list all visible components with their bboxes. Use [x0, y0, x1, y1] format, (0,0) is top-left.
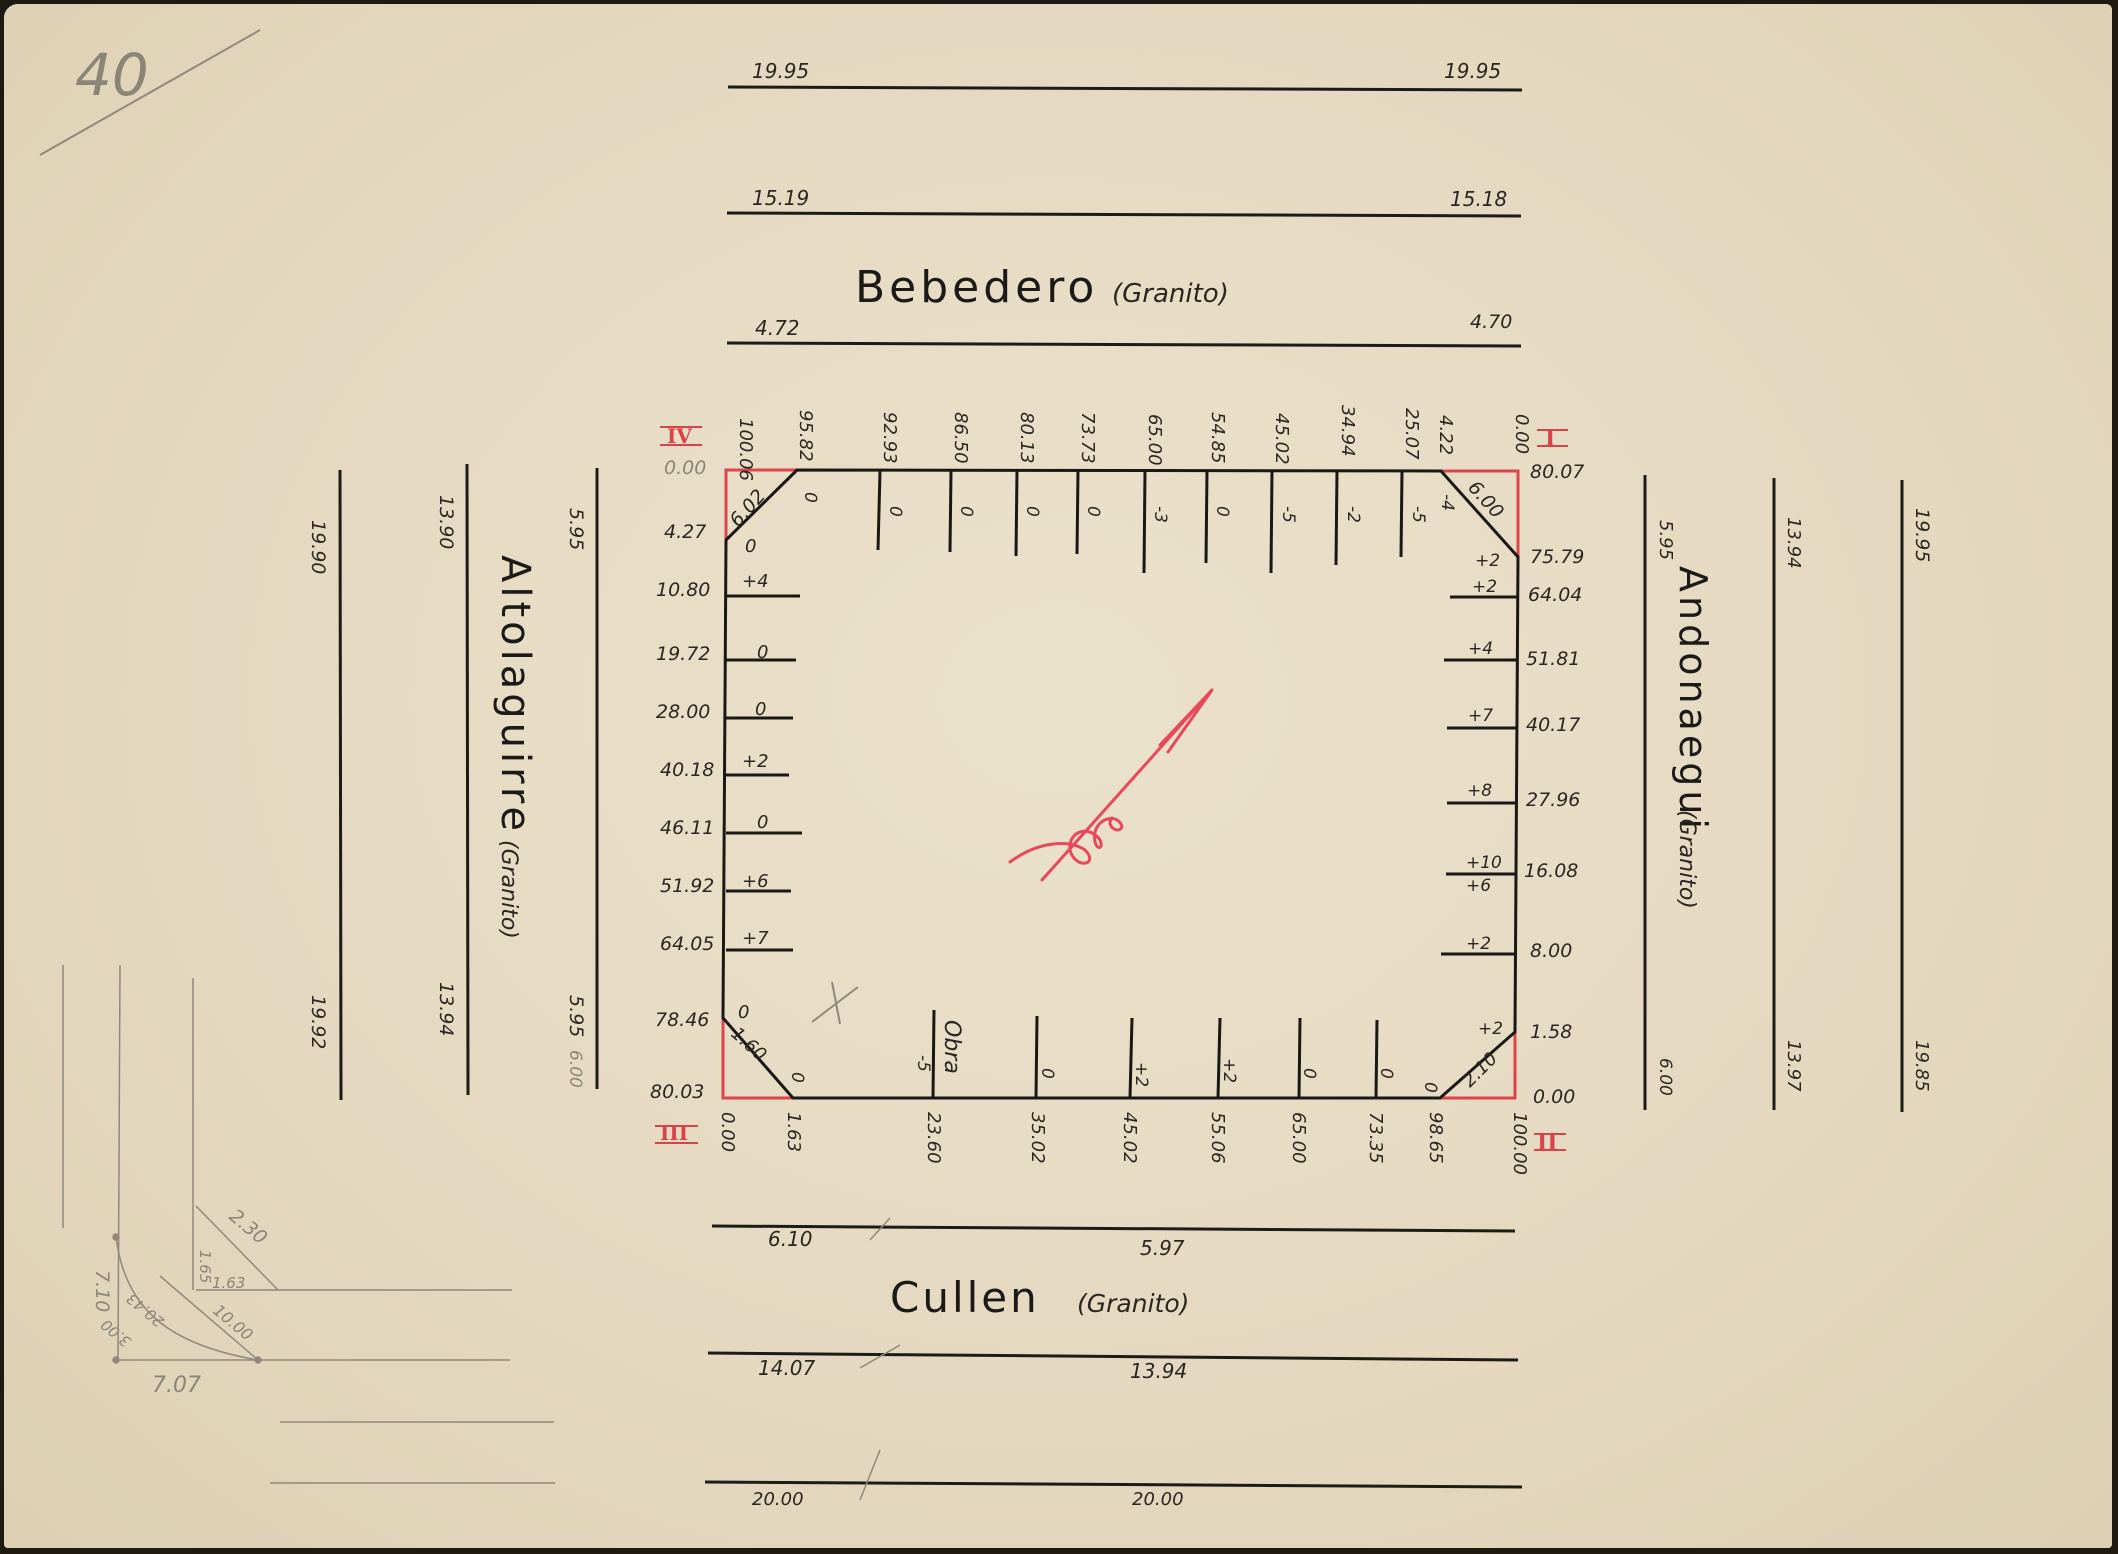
level: 0	[1022, 506, 1042, 517]
street-left: 19.90 19.92 13.90 13.94 5.95 5.95 6.00 A…	[307, 464, 597, 1100]
street-line	[708, 1353, 1518, 1360]
level: +8	[1467, 781, 1492, 801]
bottom-levels: 0 -5 0 +2 +2 0 0 0 Obra	[787, 1020, 1440, 1093]
left-stations: 0.00 4.27 10.80 19.72 28.00 40.18 46.11 …	[650, 457, 714, 1103]
level: +2	[1475, 551, 1500, 571]
level: 0	[885, 506, 905, 517]
chamfer-iv: 6.02	[725, 485, 770, 531]
bottom-ticks	[933, 1010, 1377, 1098]
street-material: (Granito)	[496, 840, 521, 939]
level-label: 14.07	[758, 1356, 816, 1380]
station: 19.72	[656, 643, 710, 665]
level-label: 13.94	[435, 982, 457, 1036]
level-label: 5.95	[565, 508, 587, 550]
sketch-value: 3.00	[97, 1315, 134, 1350]
level: 0	[1037, 1068, 1057, 1079]
street-line	[705, 1482, 1522, 1487]
station: 95.82	[795, 410, 816, 462]
station: 73.35	[1365, 1112, 1386, 1164]
level: +10	[1466, 853, 1502, 873]
station: 45.02	[1271, 413, 1292, 465]
level: +2	[1466, 934, 1491, 954]
level: 0	[1376, 1068, 1396, 1079]
station: 1.58	[1530, 1021, 1572, 1043]
street-right: 5.95 6.00 13.94 13.97 19.95 19.85 Andona…	[1645, 475, 1933, 1112]
station: 100.00	[1509, 1112, 1530, 1175]
level: 0	[1212, 506, 1232, 517]
level: 0	[755, 699, 766, 720]
station: 16.08	[1524, 860, 1578, 882]
street-line	[728, 87, 1522, 90]
top-ticks	[878, 471, 1402, 573]
pencil-tick	[870, 1218, 890, 1240]
station: 25.07	[1401, 408, 1422, 460]
station: 8.00	[1530, 940, 1572, 962]
level: +4	[742, 571, 769, 592]
sketch-value: 20.43	[123, 1289, 167, 1330]
level: +2	[742, 751, 769, 772]
station: 73.73	[1077, 412, 1098, 464]
street-name: Cullen	[890, 1273, 1040, 1322]
level: +6	[1466, 876, 1491, 896]
level: -5	[1408, 506, 1428, 523]
station: 27.96	[1526, 789, 1580, 811]
signature	[1010, 690, 1212, 880]
level-label: 19.95	[752, 59, 809, 83]
station: 78.46	[655, 1009, 709, 1031]
level: +7	[742, 928, 769, 949]
corner-label-iii: III	[660, 1121, 688, 1145]
station: 86.50	[950, 412, 971, 464]
station: 45.02	[1119, 1112, 1140, 1164]
station: 65.00	[1288, 1112, 1309, 1164]
level: +2	[1131, 1062, 1151, 1087]
street-line	[727, 343, 1521, 346]
station: 4.22	[1435, 415, 1456, 455]
station: 0.00	[664, 457, 706, 479]
street-name: Altolaguirre	[492, 555, 538, 835]
station: 92.93	[879, 412, 900, 464]
station: 28.00	[656, 701, 710, 723]
level-label: 13.94	[1130, 1359, 1187, 1383]
level: -5	[1278, 506, 1298, 523]
station: 98.65	[1425, 1112, 1446, 1164]
level: -5	[913, 1055, 933, 1072]
level: +6	[742, 871, 769, 892]
station: 0.00	[1511, 414, 1532, 454]
pencil-tick	[860, 1450, 880, 1500]
level-label: 6.10	[768, 1227, 813, 1251]
level-label: 13.94	[1783, 517, 1804, 569]
station: 51.92	[660, 875, 714, 897]
station: 55.06	[1207, 1112, 1228, 1164]
block-outline	[723, 470, 1518, 1098]
station: 64.05	[660, 933, 714, 955]
street-line	[340, 470, 341, 1100]
bottom-stations: 0.00 1.63 23.60 35.02 45.02 55.06 65.00 …	[717, 1112, 1530, 1175]
right-levels: +2 +2 +4 +7 +8 +10 +6 +2 +2	[1466, 551, 1503, 1039]
level-label: 6.00	[1655, 1058, 1675, 1096]
level-label: 19.92	[307, 995, 329, 1049]
street-top: 19.95 19.95 15.19 15.18 4.72 4.70 Bebede…	[727, 59, 1522, 346]
pencil-tick	[860, 1345, 900, 1368]
station: 23.60	[923, 1112, 944, 1164]
level: 0	[757, 812, 768, 833]
station: 0.00	[1533, 1086, 1575, 1108]
level-label-pencil: 6.00	[565, 1050, 585, 1088]
sheet-number-stroke	[40, 30, 260, 155]
station: 40.18	[660, 759, 714, 781]
corner-labels: IV I II III 6.02 6.00 2.10 1.60	[655, 424, 1568, 1156]
level-label: 5.95	[565, 995, 587, 1037]
street-name: Bebedero	[855, 262, 1098, 313]
level-label: 4.70	[1470, 311, 1512, 333]
level: 0	[1299, 1068, 1319, 1079]
level: +2	[1472, 577, 1497, 597]
station: 54.85	[1207, 412, 1228, 464]
station: 4.27	[664, 521, 706, 543]
survey-sheet: 40 19.95 19.95 15.19 15.18 4.72 4.70 Beb…	[4, 4, 2112, 1548]
level-label: 5.95	[1655, 520, 1676, 560]
station: 0.00	[717, 1112, 738, 1152]
level: 0	[757, 642, 768, 663]
level-label: 19.90	[307, 520, 329, 574]
level-label: 13.97	[1783, 1040, 1804, 1092]
station: 80.07	[1530, 461, 1584, 483]
station: 80.03	[650, 1081, 704, 1103]
level: -3	[1150, 506, 1170, 523]
block-boundary	[723, 470, 1518, 1098]
level-label: 19.95	[1911, 508, 1933, 562]
street-bottom: 6.10 5.97 14.07 13.94 20.00 20.00 Cullen…	[705, 1218, 1522, 1510]
station: 64.04	[1528, 584, 1582, 606]
level-label: 20.00	[1132, 1489, 1184, 1510]
level: 0	[745, 536, 756, 557]
level-label: 19.95	[1444, 59, 1501, 83]
level-label: 13.90	[435, 495, 457, 549]
street-line	[467, 464, 468, 1095]
station: 40.17	[1526, 714, 1580, 736]
sketch-value: 7.10	[91, 1270, 113, 1312]
level-label: 20.00	[752, 1489, 804, 1510]
level: 0	[800, 492, 820, 503]
block-plan-drawing: 40 19.95 19.95 15.19 15.18 4.72 4.70 Beb…	[4, 4, 2112, 1548]
level-label: 5.97	[1140, 1236, 1185, 1260]
station: 35.02	[1027, 1112, 1048, 1164]
level: +7	[1468, 706, 1493, 726]
level: -2	[1343, 506, 1363, 523]
level: 0	[956, 506, 976, 517]
level: 0	[1083, 506, 1103, 517]
right-stations: 80.07 75.79 64.04 51.81 40.17 27.96 16.0…	[1524, 461, 1584, 1108]
obra-note: Obra	[939, 1020, 964, 1074]
level: +2	[1478, 1019, 1503, 1039]
station: 65.00	[1144, 414, 1165, 466]
street-material: (Granito)	[1077, 1289, 1189, 1318]
street-name: Andonaegui	[1671, 566, 1715, 833]
station: 80.13	[1016, 412, 1037, 464]
street-line	[712, 1226, 1515, 1231]
station: 10.80	[656, 579, 710, 601]
level: -4	[1437, 494, 1457, 511]
street-material: (Granito)	[1674, 810, 1699, 909]
street-line	[727, 213, 1521, 216]
level: 0	[787, 1072, 807, 1083]
level-label: 15.19	[752, 186, 809, 210]
station: 75.79	[1530, 546, 1584, 568]
chamfer-ii: 2.10	[1459, 1048, 1502, 1091]
sketch-value: 1.63	[212, 1274, 245, 1292]
level: +2	[1219, 1058, 1239, 1083]
station: 51.81	[1526, 648, 1580, 670]
pencil-x-mark	[812, 982, 858, 1024]
level-label: 19.85	[1911, 1040, 1932, 1092]
level: +4	[1468, 639, 1493, 659]
level-label: 15.18	[1450, 187, 1507, 211]
sketch-value: 7.07	[152, 1373, 201, 1398]
level: 0	[1420, 1082, 1440, 1093]
level-label: 4.72	[755, 316, 800, 340]
level: 0	[738, 1002, 749, 1023]
station: 1.63	[783, 1112, 804, 1152]
station: 100.06	[735, 418, 756, 481]
top-levels: 0 0 0 0 0 -3 0 -5 -2 -5 -4	[800, 492, 1457, 523]
station: 46.11	[660, 817, 714, 839]
chamfer-i: 6.00	[1463, 477, 1508, 523]
street-material: (Granito)	[1112, 279, 1229, 309]
station: 34.94	[1337, 405, 1358, 457]
